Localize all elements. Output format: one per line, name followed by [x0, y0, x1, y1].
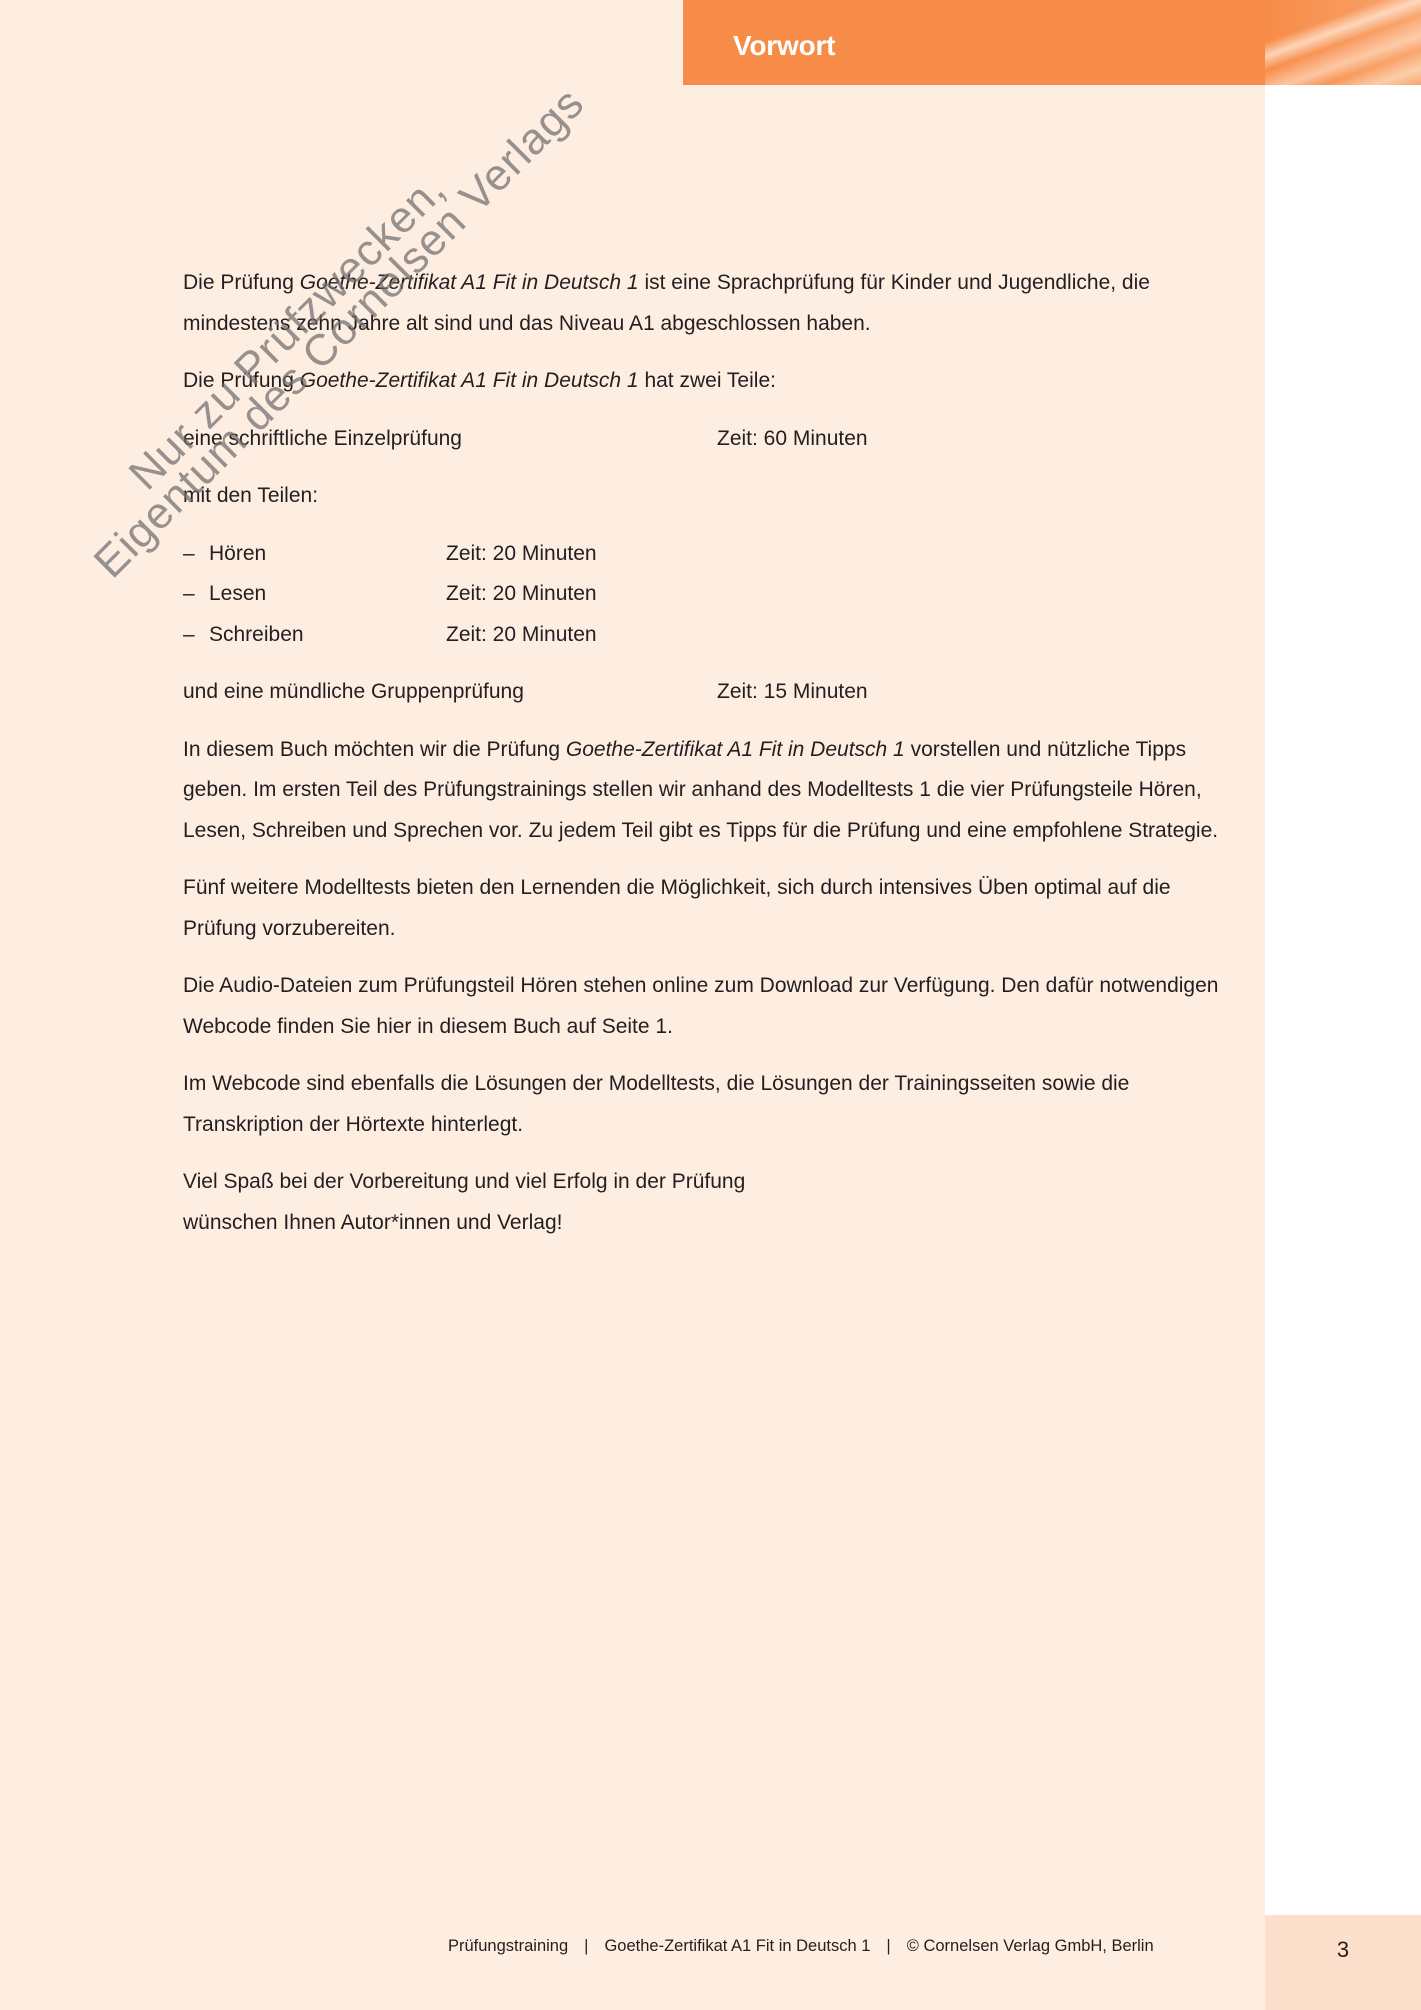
dash-bullet: – [183, 574, 195, 615]
page-number-box: 3 [1265, 1915, 1421, 2010]
closing-greeting: Viel Spaß bei der Vorbereitung und viel … [183, 1162, 1223, 1243]
part-time: Zeit: 20 Minuten [446, 534, 597, 575]
closing-line-2: wünschen Ihnen Autor*innen und Verlag! [183, 1203, 1223, 1244]
oral-exam-time: Zeit: 15 Minuten [717, 672, 868, 713]
page-number: 3 [1265, 1937, 1421, 1963]
footer-book-title: Goethe-Zertifikat A1 Fit in Deutsch 1 [604, 1937, 870, 1955]
list-item: – Hören Zeit: 20 Minuten [183, 534, 1223, 575]
sub-parts-intro: mit den Teilen: [183, 476, 1223, 517]
exam-title-italic: Goethe-Zertifikat A1 Fit in Deutsch 1 [300, 271, 639, 294]
footer-separator: | [584, 1937, 588, 1956]
written-exam-time: Zeit: 60 Minuten [717, 419, 868, 460]
exam-title-italic: Goethe-Zertifikat A1 Fit in Deutsch 1 [300, 369, 639, 392]
footer-separator: | [886, 1937, 890, 1956]
list-item: – Schreiben Zeit: 20 Minuten [183, 615, 1223, 656]
part-time: Zeit: 20 Minuten [446, 615, 597, 656]
footer-series: Prüfungstraining [448, 1937, 568, 1955]
foreword-content: Die Prüfung Goethe-Zertifikat A1 Fit in … [183, 263, 1223, 1243]
intro-paragraph-1: Die Prüfung Goethe-Zertifikat A1 Fit in … [183, 263, 1223, 344]
body-paragraph-webcode: Im Webcode sind ebenfalls die Lösungen d… [183, 1064, 1223, 1145]
part-time: Zeit: 20 Minuten [446, 574, 597, 615]
oral-exam-label: und eine mündliche Gruppenprüfung [183, 680, 524, 703]
list-item: – Lesen Zeit: 20 Minuten [183, 574, 1223, 615]
dash-bullet: – [183, 534, 195, 575]
body-paragraph-book: In diesem Buch möchten wir die Prüfung G… [183, 730, 1223, 852]
text: hat zwei Teile: [639, 369, 776, 392]
sub-parts-intro-text: mit den Teilen: [183, 484, 318, 507]
part-label: Schreiben [209, 615, 304, 656]
oral-exam-row: und eine mündliche Gruppenprüfung Zeit: … [183, 672, 1223, 713]
text: Die Prüfung [183, 271, 300, 294]
written-exam-label: eine schriftliche Einzelprüfung [183, 427, 462, 450]
body-paragraph-modeltests: Fünf weitere Modelltests bieten den Lern… [183, 868, 1223, 949]
section-header-bar: Vorwort [683, 0, 1265, 85]
intro-paragraph-2: Die Prüfung Goethe-Zertifikat A1 Fit in … [183, 361, 1223, 402]
page-footer: Prüfungstraining|Goethe-Zertifikat A1 Fi… [448, 1937, 1154, 1956]
footer-copyright: © Cornelsen Verlag GmbH, Berlin [907, 1937, 1154, 1955]
dash-bullet: – [183, 615, 195, 656]
section-title: Vorwort [733, 30, 835, 62]
written-exam-row: eine schriftliche Einzelprüfung Zeit: 60… [183, 419, 1223, 460]
part-label: Lesen [209, 574, 266, 615]
header-decoration [1265, 0, 1421, 85]
text: Die Prüfung [183, 369, 300, 392]
closing-line-1: Viel Spaß bei der Vorbereitung und viel … [183, 1162, 1223, 1203]
part-label: Hören [209, 534, 266, 575]
text: In diesem Buch möchten wir die Prüfung [183, 738, 566, 761]
sub-parts-list: – Hören Zeit: 20 Minuten – Lesen Zeit: 2… [183, 534, 1223, 656]
exam-title-italic: Goethe-Zertifikat A1 Fit in Deutsch 1 [566, 738, 905, 761]
body-paragraph-audio: Die Audio-Dateien zum Prüfungsteil Hören… [183, 966, 1223, 1047]
